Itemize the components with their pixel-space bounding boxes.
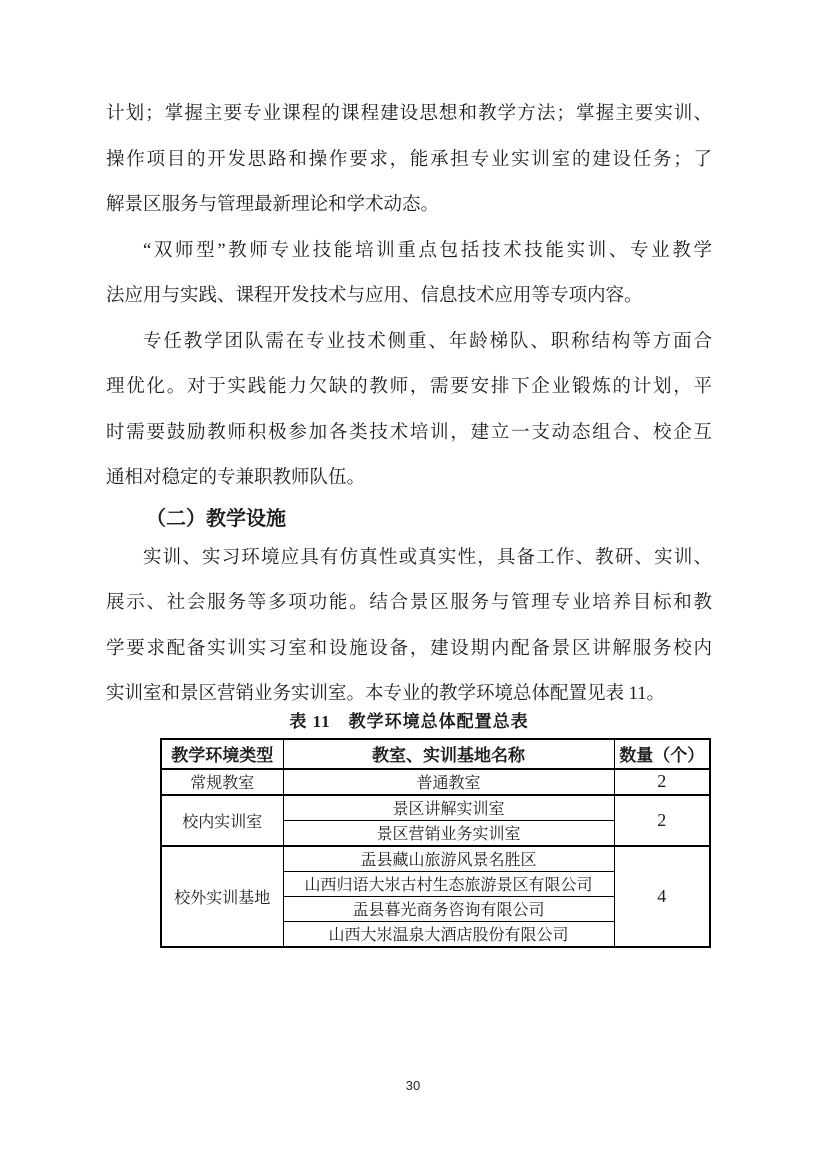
table-cell-type: 常规教室 <box>161 769 283 795</box>
text-line: 时需要鼓励教师积极参加各类技术培训，建立一支动态组合、校企互 <box>106 411 712 457</box>
page-number: 30 <box>0 1078 826 1093</box>
text-line: 解景区服务与管理最新理论和学术动态。 <box>106 183 712 229</box>
table-row: 校外实训基地 盂县藏山旅游风景名胜区 4 <box>161 846 710 872</box>
text-line: 实训、实习环境应具有仿真性或真实性，具备工作、教研、实训、 <box>106 536 712 582</box>
table-cell-count: 4 <box>614 846 710 947</box>
table-row: 校内实训室 景区讲解实训室 2 <box>161 795 710 821</box>
table-cell-name: 盂县藏山旅游风景名胜区 <box>283 846 614 872</box>
table-cell-name: 景区营销业务实训室 <box>283 820 614 846</box>
table-cell-count: 2 <box>614 795 710 846</box>
table-header-row: 教学环境类型 教室、实训基地名称 数量（个） <box>161 739 710 769</box>
paragraph: 实训、实习环境应具有仿真性或真实性，具备工作、教研、实训、 展示、社会服务等多项… <box>106 536 712 718</box>
table-cell-count: 2 <box>614 769 710 795</box>
text-line: 学要求配备实训实习室和设施设备，建设期内配备景区讲解服务校内 <box>106 627 712 673</box>
section-heading: （二）教学设施 <box>106 502 712 536</box>
teaching-environment-table: 教学环境类型 教室、实训基地名称 数量（个） 常规教室 普通教室 2 校内实训室… <box>160 738 711 948</box>
table-cell-name: 景区讲解实训室 <box>283 795 614 821</box>
paragraph: “双师型”教师专业技能培训重点包括技术技能实训、专业教学 法应用与实践、课程开发… <box>106 229 712 320</box>
table-cell-name: 普通教室 <box>283 769 614 795</box>
text-line: 操作项目的开发思路和操作要求，能承担专业实训室的建设任务；了 <box>106 138 712 184</box>
table-header-cell: 教室、实训基地名称 <box>283 739 614 769</box>
text-line: 法应用与实践、课程开发技术与应用、信息技术应用等专项内容。 <box>106 274 712 320</box>
table-cell-type: 校内实训室 <box>161 795 283 846</box>
text-line: 专任教学团队需在专业技术侧重、年龄梯队、职称结构等方面合 <box>106 320 712 366</box>
text-line: 计划；掌握主要专业课程的课程建设思想和教学方法；掌握主要实训、 <box>106 92 712 138</box>
table-cell-name: 盂县暮光商务咨询有限公司 <box>283 896 614 921</box>
table-cell-name: 山西大汖温泉大酒店股份有限公司 <box>283 921 614 947</box>
table-header-cell: 数量（个） <box>614 739 710 769</box>
table-header-cell: 教学环境类型 <box>161 739 283 769</box>
page-content: 计划；掌握主要专业课程的课程建设思想和教学方法；掌握主要实训、 操作项目的开发思… <box>106 92 712 948</box>
paragraph: 计划；掌握主要专业课程的课程建设思想和教学方法；掌握主要实训、 操作项目的开发思… <box>106 92 712 229</box>
table-cell-type: 校外实训基地 <box>161 846 283 947</box>
text-line: 通相对稳定的专兼职教师队伍。 <box>106 456 712 502</box>
text-line: 展示、社会服务等多项功能。结合景区服务与管理专业培养目标和教 <box>106 581 712 627</box>
paragraph: 专任教学团队需在专业技术侧重、年龄梯队、职称结构等方面合 理优化。对于实践能力欠… <box>106 320 712 502</box>
table-cell-name: 山西归语大汖古村生态旅游景区有限公司 <box>283 871 614 896</box>
table-row: 常规教室 普通教室 2 <box>161 769 710 795</box>
text-line: 理优化。对于实践能力欠缺的教师，需要安排下企业锻炼的计划，平 <box>106 365 712 411</box>
text-line: “双师型”教师专业技能培训重点包括技术技能实训、专业教学 <box>106 229 712 275</box>
document-page: 计划；掌握主要专业课程的课程建设思想和教学方法；掌握主要实训、 操作项目的开发思… <box>0 0 826 1169</box>
